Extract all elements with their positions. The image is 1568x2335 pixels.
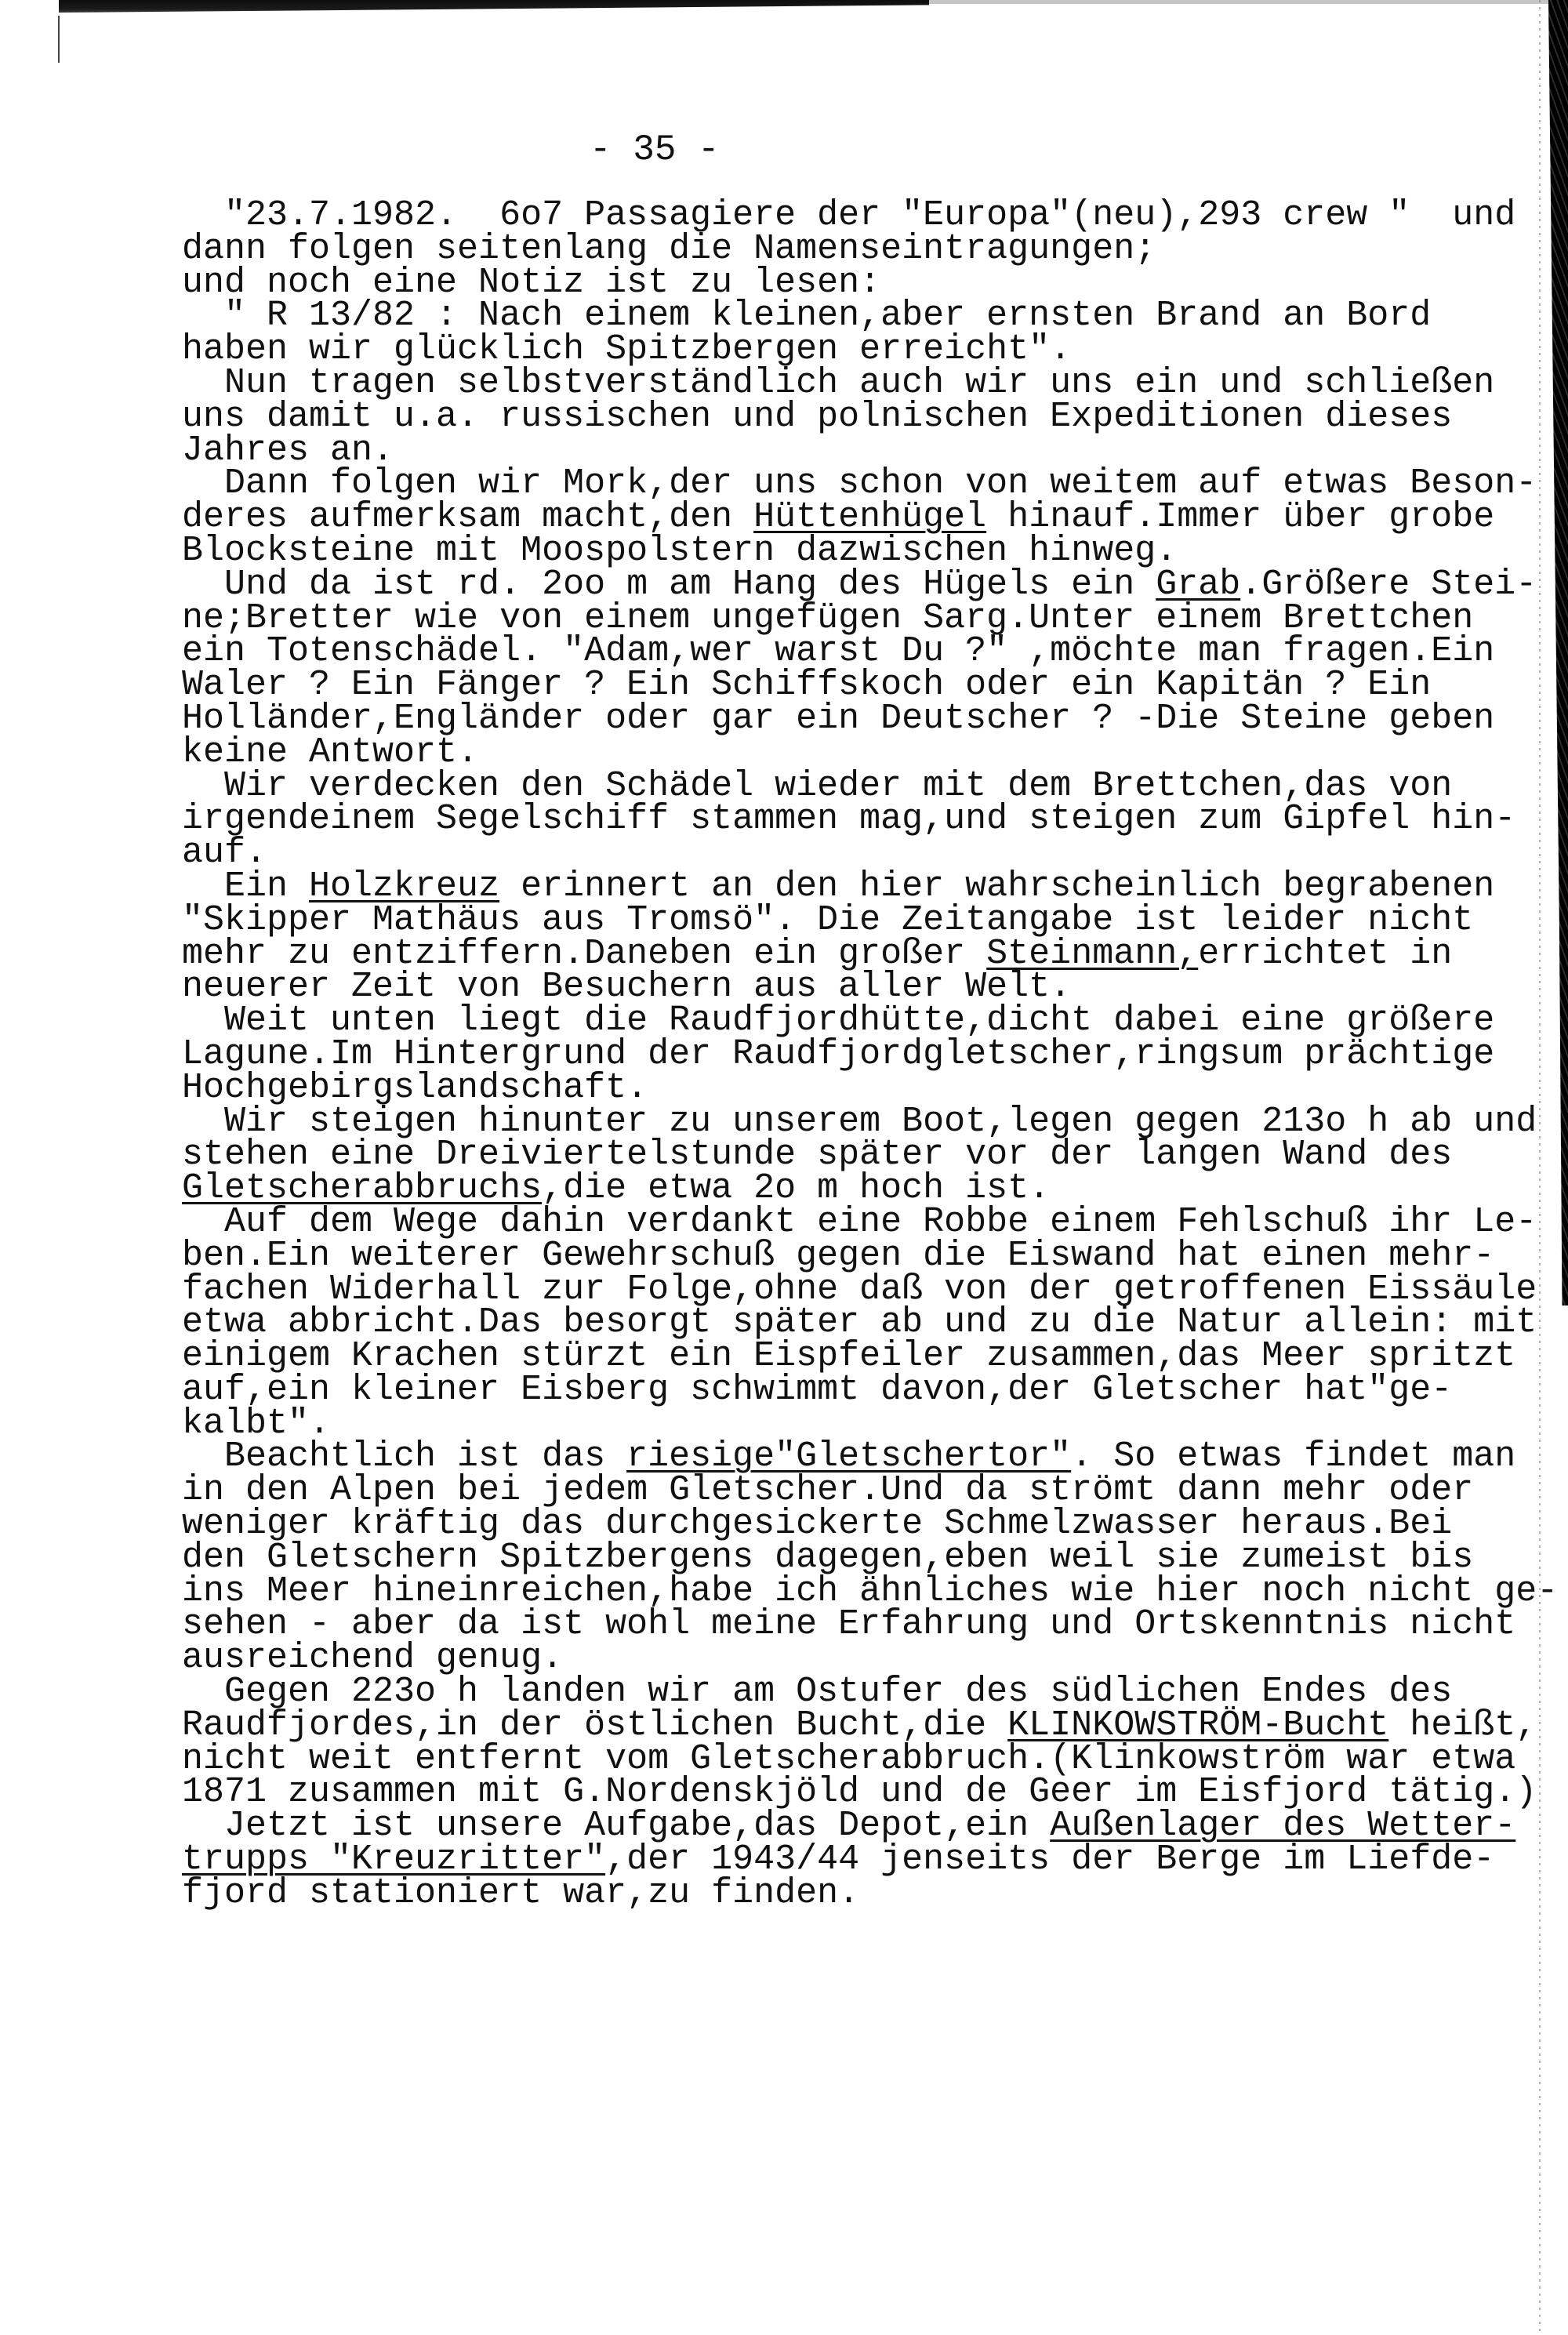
text-line: 1871 zusammen mit G.Nordenskjöld und de … (182, 1776, 1546, 1810)
text-line: Lagune.Im Hintergrund der Raudfjordglets… (182, 1038, 1546, 1072)
text-line: einigem Krachen stürzt ein Eispfeiler zu… (182, 1340, 1546, 1374)
text-line: ne;Bretter wie von einem ungefügen Sarg.… (182, 602, 1546, 636)
text-line: neuerer Zeit von Besuchern aus aller Wel… (182, 971, 1546, 1004)
text-line: fjord stationiert war,zu finden. (182, 1877, 1546, 1911)
text-line: " R 13/82 : Nach einem kleinen,aber erns… (182, 300, 1546, 333)
text-line: Auf dem Wege dahin verdankt eine Robbe e… (182, 1206, 1546, 1240)
scan-edge-top (59, 0, 929, 13)
text-segment: auf,ein kleiner Eisberg schwimmt davon,d… (182, 1370, 1452, 1410)
text-line: deres aufmerksam macht,den Hüttenhügel h… (182, 501, 1546, 535)
text-line: Wir steigen hinunter zu unserem Boot,leg… (182, 1106, 1546, 1139)
text-line: Jahres an. (182, 434, 1546, 468)
text-line: dann folgen seitenlang die Namenseintrag… (182, 233, 1546, 267)
text-line: Ein Holzkreuz erinnert an den hier wahrs… (182, 870, 1546, 904)
text-line: ben.Ein weiterer Gewehrschuß gegen die E… (182, 1240, 1546, 1273)
text-line: nicht weit entfernt vom Gletscherabbruch… (182, 1743, 1546, 1777)
scan-edge-top-faint (929, 0, 1548, 4)
text-line: Raudfjordes,in der östlichen Bucht,die K… (182, 1709, 1546, 1743)
text-line: in den Alpen bei jedem Gletscher.Und da … (182, 1474, 1546, 1508)
text-line: trupps "Kreuzritter",der 1943/44 jenseit… (182, 1843, 1546, 1877)
text-line: Waler ? Ein Fänger ? Ein Schiffskoch ode… (182, 669, 1546, 703)
text-line: stehen eine Dreiviertelstunde später vor… (182, 1138, 1546, 1172)
text-line: fachen Widerhall zur Folge,ohne daß von … (182, 1273, 1546, 1307)
text-line: Wir verdecken den Schädel wieder mit dem… (182, 770, 1546, 804)
text-line: Dann folgen wir Mork,der uns schon von w… (182, 467, 1546, 501)
page-number: - 35 - (590, 132, 720, 168)
text-line: ins Meer hineinreichen,habe ich ähnliche… (182, 1575, 1546, 1609)
text-line: Weit unten liegt die Raudfjordhütte,dich… (182, 1004, 1546, 1038)
scan-mark-left (58, 16, 60, 63)
text-line: Hochgebirgslandschaft. (182, 1072, 1546, 1106)
text-line: ein Totenschädel. "Adam,wer warst Du ?" … (182, 635, 1546, 669)
text-line: den Gletschern Spitzbergens dagegen,eben… (182, 1542, 1546, 1575)
text-segment: errichtet in (1198, 934, 1452, 974)
text-line: Nun tragen selbstverständlich auch wir u… (182, 367, 1546, 401)
text-line: und noch eine Notiz ist zu lesen: (182, 267, 1546, 300)
text-line: "23.7.1982. 6o7 Passagiere der "Europa"(… (182, 199, 1546, 233)
text-line: etwa abbricht.Das besorgt später ab und … (182, 1306, 1546, 1340)
text-line: auf. (182, 837, 1546, 870)
text-line: irgendeinem Segelschiff stammen mag,und … (182, 803, 1546, 837)
text-line: uns damit u.a. russischen und polnischen… (182, 401, 1546, 434)
scan-edge-right (1548, 0, 1568, 1305)
text-line: sehen - aber da ist wohl meine Erfahrung… (182, 1608, 1546, 1642)
text-line: "Skipper Mathäus aus Tromsö". Die Zeitan… (182, 904, 1546, 938)
text-line: Blocksteine mit Moospolstern dazwischen … (182, 535, 1546, 568)
text-line: Jetzt ist unsere Aufgabe,das Depot,ein A… (182, 1810, 1546, 1843)
text-line: weniger kräftig das durchgesickerte Schm… (182, 1508, 1546, 1542)
text-segment: irgendeinem Segelschiff stammen mag,und … (182, 799, 1515, 839)
text-line: auf,ein kleiner Eisberg schwimmt davon,d… (182, 1374, 1546, 1407)
text-line: mehr zu entziffern.Daneben ein großer St… (182, 938, 1546, 971)
text-line: haben wir glücklich Spitzbergen erreicht… (182, 333, 1546, 367)
text-line: kalbt". (182, 1407, 1546, 1441)
text-line: Holländer,Engländer oder gar ein Deutsch… (182, 703, 1546, 736)
text-line: Und da ist rd. 2oo m am Hang des Hügels … (182, 568, 1546, 602)
text-line: Beachtlich ist das riesige"Gletschertor"… (182, 1440, 1546, 1474)
text-line: Gletscherabbruchs,die etwa 2o m hoch ist… (182, 1172, 1546, 1206)
text-line: keine Antwort. (182, 736, 1546, 770)
typewritten-body: "23.7.1982. 6o7 Passagiere der "Europa"(… (182, 199, 1546, 1911)
text-line: Gegen 223o h landen wir am Ostufer des s… (182, 1676, 1546, 1709)
text-line: ausreichend genug. (182, 1642, 1546, 1676)
text-segment: fjord stationiert war,zu finden. (182, 1873, 859, 1913)
